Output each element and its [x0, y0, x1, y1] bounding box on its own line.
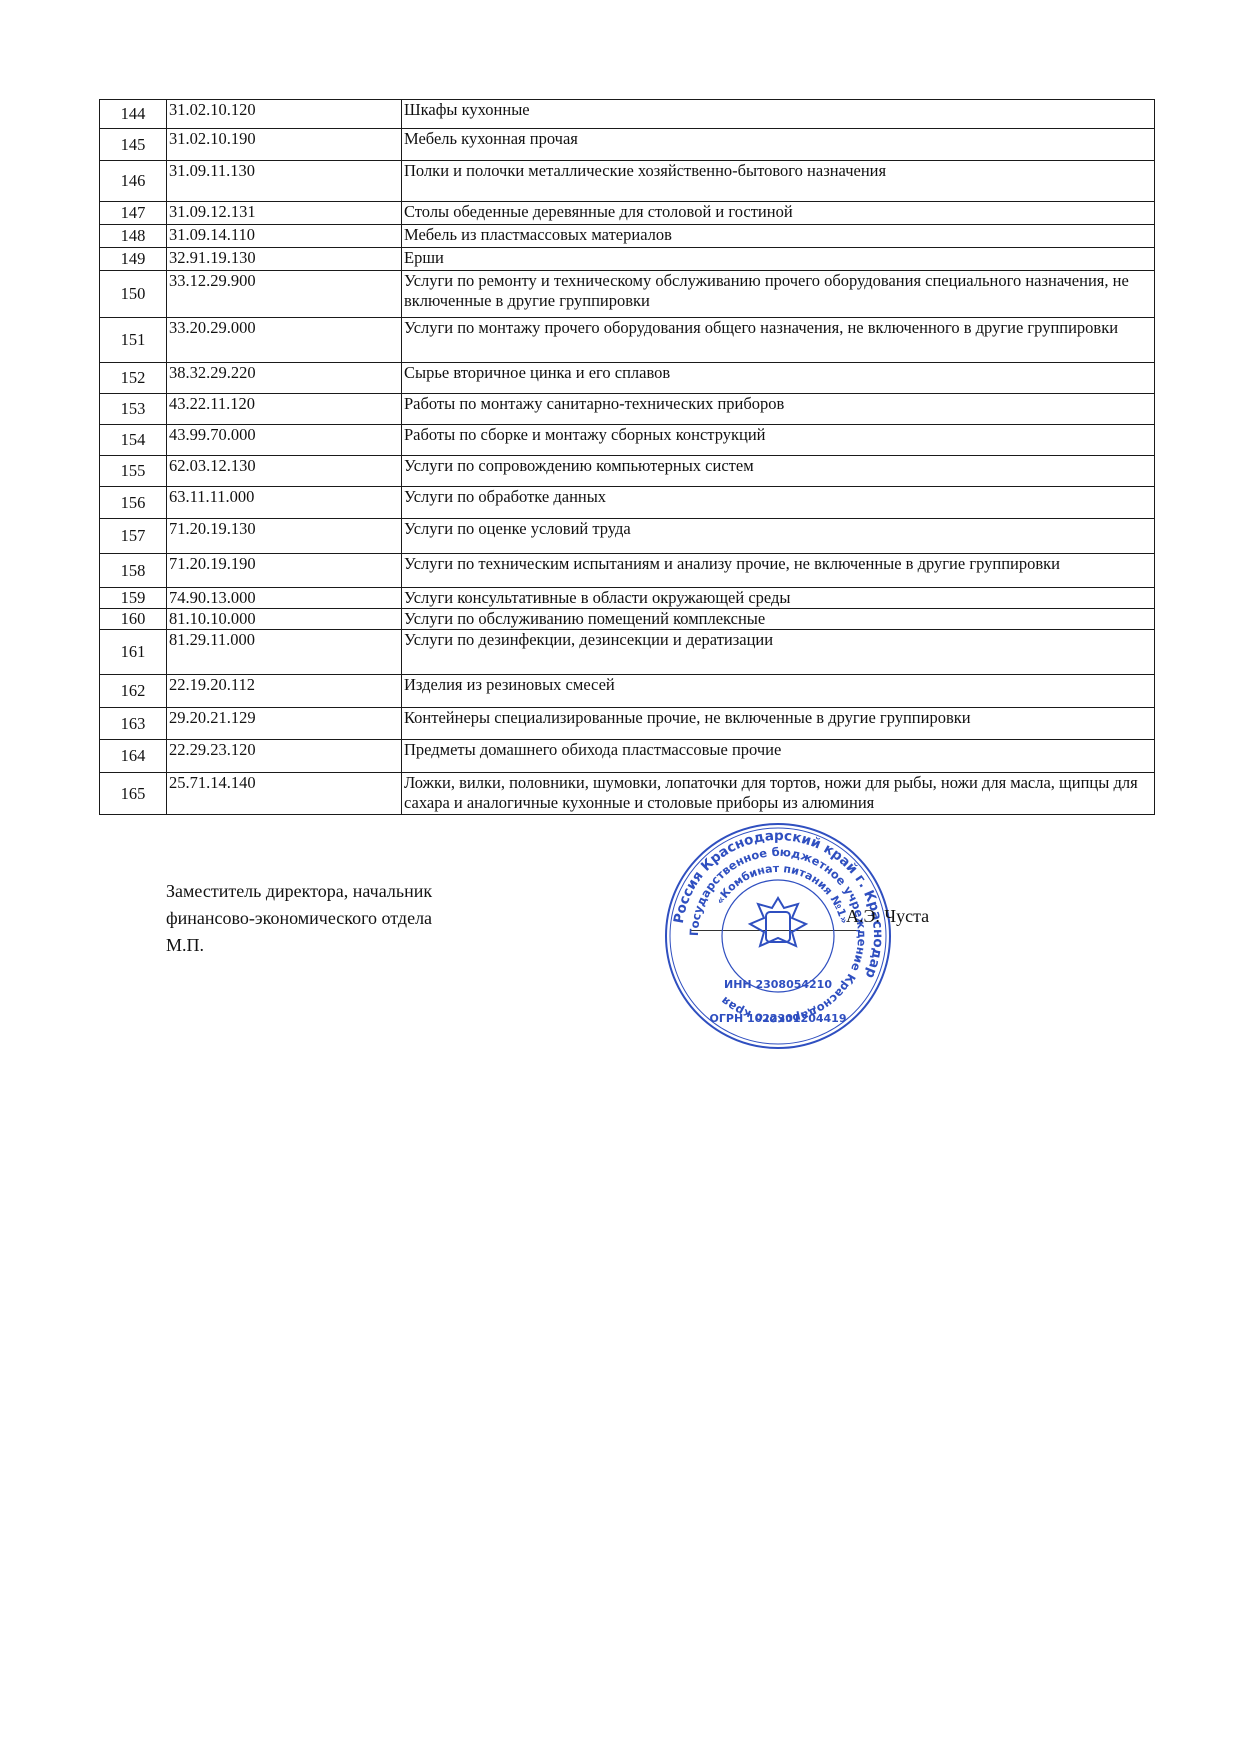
- row-number: 146: [100, 161, 167, 202]
- seal-place-label: М.П.: [166, 932, 432, 959]
- item-description: Ложки, вилки, половники, шумовки, лопато…: [402, 773, 1155, 815]
- row-number: 153: [100, 394, 167, 425]
- table-row: 15443.99.70.000Работы по сборке и монтаж…: [100, 425, 1155, 456]
- okpd-code: 38.32.29.220: [167, 363, 402, 394]
- okpd-code: 43.22.11.120: [167, 394, 402, 425]
- item-description: Предметы домашнего обихода пластмассовые…: [402, 740, 1155, 773]
- okpd-code: 31.09.14.110: [167, 225, 402, 248]
- item-description: Услуги по оценке условий труда: [402, 519, 1155, 554]
- table-row: 16222.19.20.112Изделия из резиновых смес…: [100, 675, 1155, 708]
- okpd-code: 43.99.70.000: [167, 425, 402, 456]
- table-row: 14731.09.12.131Столы обеденные деревянны…: [100, 202, 1155, 225]
- table-row: 14531.02.10.190Мебель кухонная прочая: [100, 129, 1155, 161]
- codes-table: 14431.02.10.120Шкафы кухонные14531.02.10…: [99, 99, 1155, 815]
- item-description: Услуги по техническим испытаниям и анали…: [402, 554, 1155, 588]
- table-row: 14932.91.19.130Ерши: [100, 248, 1155, 271]
- signer-name: А.Э. Чуста: [846, 906, 929, 927]
- item-description: Столы обеденные деревянные для столовой …: [402, 202, 1155, 225]
- table-row: 15238.32.29.220Сырье вторичное цинка и е…: [100, 363, 1155, 394]
- okpd-code: 22.29.23.120: [167, 740, 402, 773]
- table-row: 15133.20.29.000Услуги по монтажу прочего…: [100, 318, 1155, 363]
- item-description: Услуги по ремонту и техническому обслужи…: [402, 271, 1155, 318]
- okpd-code: 32.91.19.130: [167, 248, 402, 271]
- row-number: 160: [100, 609, 167, 630]
- row-number: 145: [100, 129, 167, 161]
- item-description: Изделия из резиновых смесей: [402, 675, 1155, 708]
- okpd-code: 71.20.19.190: [167, 554, 402, 588]
- okpd-code: 31.02.10.120: [167, 100, 402, 129]
- row-number: 144: [100, 100, 167, 129]
- okpd-code: 31.09.11.130: [167, 161, 402, 202]
- okpd-code: 81.29.11.000: [167, 630, 402, 675]
- row-number: 150: [100, 271, 167, 318]
- row-number: 161: [100, 630, 167, 675]
- signature-block: Заместитель директора, начальник финансо…: [166, 878, 432, 959]
- row-number: 158: [100, 554, 167, 588]
- okpd-code: 22.19.20.112: [167, 675, 402, 708]
- row-number: 162: [100, 675, 167, 708]
- okpd-code: 62.03.12.130: [167, 456, 402, 487]
- row-number: 156: [100, 487, 167, 519]
- row-number: 157: [100, 519, 167, 554]
- item-description: Контейнеры специализированные прочие, не…: [402, 708, 1155, 740]
- row-number: 165: [100, 773, 167, 815]
- row-number: 149: [100, 248, 167, 271]
- item-description: Шкафы кухонные: [402, 100, 1155, 129]
- table-row: 15871.20.19.190Услуги по техническим исп…: [100, 554, 1155, 588]
- okpd-code: 31.09.12.131: [167, 202, 402, 225]
- signer-position-line1: Заместитель директора, начальник: [166, 878, 432, 905]
- okpd-code: 81.10.10.000: [167, 609, 402, 630]
- okpd-code: 29.20.21.129: [167, 708, 402, 740]
- item-description: Сырье вторичное цинка и его сплавов: [402, 363, 1155, 394]
- table-row: 14831.09.14.110Мебель из пластмассовых м…: [100, 225, 1155, 248]
- item-description: Услуги по дезинфекции, дезинсекции и дер…: [402, 630, 1155, 675]
- table-row: 16329.20.21.129Контейнеры специализирова…: [100, 708, 1155, 740]
- okpd-code: 25.71.14.140: [167, 773, 402, 815]
- table-row: 16525.71.14.140Ложки, вилки, половники, …: [100, 773, 1155, 815]
- row-number: 163: [100, 708, 167, 740]
- svg-text:ИНН 2308054210: ИНН 2308054210: [724, 978, 832, 991]
- okpd-code: 63.11.11.000: [167, 487, 402, 519]
- item-description: Ерши: [402, 248, 1155, 271]
- table-row: 16422.29.23.120Предметы домашнего обиход…: [100, 740, 1155, 773]
- item-description: Услуги по монтажу прочего оборудования о…: [402, 318, 1155, 363]
- item-description: Услуги по обработке данных: [402, 487, 1155, 519]
- item-description: Услуги консультативные в области окружаю…: [402, 588, 1155, 609]
- okpd-code: 33.12.29.900: [167, 271, 402, 318]
- table-row: 16181.29.11.000Услуги по дезинфекции, де…: [100, 630, 1155, 675]
- item-description: Мебель кухонная прочая: [402, 129, 1155, 161]
- row-number: 152: [100, 363, 167, 394]
- row-number: 159: [100, 588, 167, 609]
- item-description: Полки и полочки металлические хозяйствен…: [402, 161, 1155, 202]
- row-number: 164: [100, 740, 167, 773]
- svg-text:ОГРН 1022301204419: ОГРН 1022301204419: [710, 1012, 847, 1025]
- row-number: 148: [100, 225, 167, 248]
- table-row: 15562.03.12.130Услуги по сопровождению к…: [100, 456, 1155, 487]
- okpd-code: 71.20.19.130: [167, 519, 402, 554]
- item-description: Работы по сборке и монтажу сборных конст…: [402, 425, 1155, 456]
- table-row: 15663.11.11.000Услуги по обработке данны…: [100, 487, 1155, 519]
- item-description: Услуги по обслуживанию помещений комплек…: [402, 609, 1155, 630]
- item-description: Работы по монтажу санитарно-технических …: [402, 394, 1155, 425]
- signer-position-line2: финансово-экономического отдела: [166, 905, 432, 932]
- table-row: 15974.90.13.000Услуги консультативные в …: [100, 588, 1155, 609]
- item-description: Мебель из пластмассовых материалов: [402, 225, 1155, 248]
- row-number: 147: [100, 202, 167, 225]
- item-description: Услуги по сопровождению компьютерных сис…: [402, 456, 1155, 487]
- official-stamp-icon: Россия Краснодарский край г. Краснодар Г…: [662, 820, 894, 1052]
- row-number: 155: [100, 456, 167, 487]
- okpd-code: 33.20.29.000: [167, 318, 402, 363]
- table-row: 15033.12.29.900Услуги по ремонту и техни…: [100, 271, 1155, 318]
- table-row: 16081.10.10.000Услуги по обслуживанию по…: [100, 609, 1155, 630]
- table-row: 14631.09.11.130Полки и полочки металличе…: [100, 161, 1155, 202]
- row-number: 154: [100, 425, 167, 456]
- okpd-code: 31.02.10.190: [167, 129, 402, 161]
- table-row: 15771.20.19.130Услуги по оценке условий …: [100, 519, 1155, 554]
- table-row: 15343.22.11.120Работы по монтажу санитар…: [100, 394, 1155, 425]
- table-row: 14431.02.10.120Шкафы кухонные: [100, 100, 1155, 129]
- row-number: 151: [100, 318, 167, 363]
- okpd-code: 74.90.13.000: [167, 588, 402, 609]
